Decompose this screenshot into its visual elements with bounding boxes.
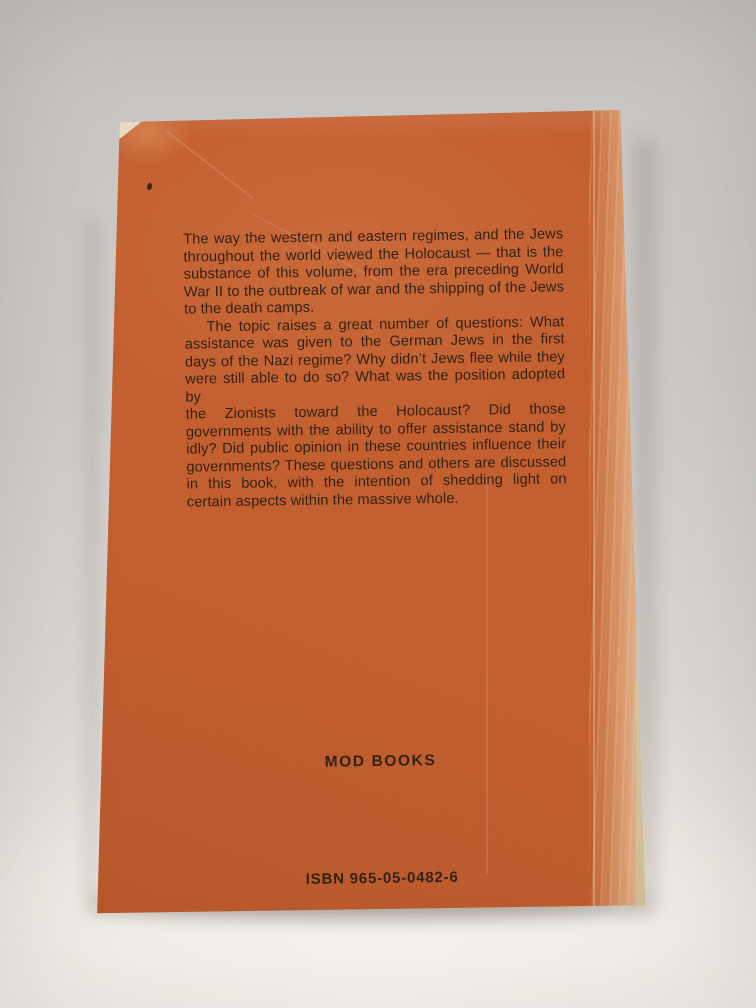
photo-background: The way the western and eastern regimes,…: [0, 0, 756, 1008]
cover-printed-content: The way the western and eastern regimes,…: [89, 102, 650, 918]
blurb-line: were still able to do so? What was the p…: [185, 366, 565, 406]
isbn-number: ISBN 965-05-0482-6: [192, 867, 572, 889]
book-back-cover: The way the western and eastern regimes,…: [95, 106, 645, 914]
blurb-text: The way the western and eastern regimes,…: [183, 226, 567, 511]
publisher-name: MOD BOOKS: [190, 750, 570, 773]
book-left-shadow: [86, 220, 98, 910]
